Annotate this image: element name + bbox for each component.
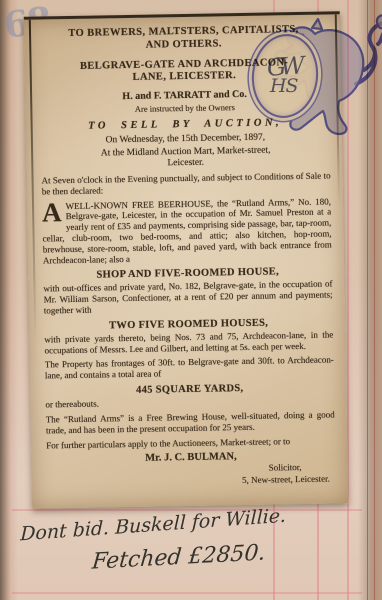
stamp-letters-hs: HS bbox=[270, 77, 298, 95]
column-rule bbox=[29, 20, 36, 340]
ruled-line-horizontal bbox=[12, 509, 362, 511]
lot1-text: WELL-KNOWN FREE BEERHOUSE, the “Rutland … bbox=[43, 196, 332, 265]
page-binding-shadow bbox=[0, 0, 18, 600]
lot1-paragraph: AWELL-KNOWN FREE BEERHOUSE, the “Rutland… bbox=[42, 196, 332, 266]
handwritten-note-line1: Dont bid. Buskell for Willie. bbox=[20, 505, 286, 546]
society-stamp: GW HS bbox=[232, 4, 382, 146]
drop-cap: A bbox=[42, 201, 66, 223]
lot2-paragraph: with out-offices and private yard, No. 1… bbox=[43, 279, 333, 316]
trade-paragraph: The “Rutland Arms” is a Free Brewing Hou… bbox=[46, 409, 335, 436]
apply-paragraph: For further particulars apply to the Auc… bbox=[46, 435, 335, 451]
scrapbook-page: 68 TO BREWERS, MALTSTERS, CAPITALISTS, A… bbox=[0, 0, 382, 600]
lot3-paragraph: with private yards thereto, being Nos. 7… bbox=[44, 329, 333, 356]
frontage-paragraph: The Property has frontages of 30ft. to B… bbox=[45, 355, 334, 382]
ruled-line-horizontal bbox=[12, 592, 362, 594]
thereabouts-line: or thereabouts. bbox=[45, 394, 334, 410]
handwritten-note-line2: Fetched £2850. bbox=[91, 540, 266, 574]
auction-time-paragraph: At Seven o'clock in the Evening punctual… bbox=[42, 170, 331, 197]
